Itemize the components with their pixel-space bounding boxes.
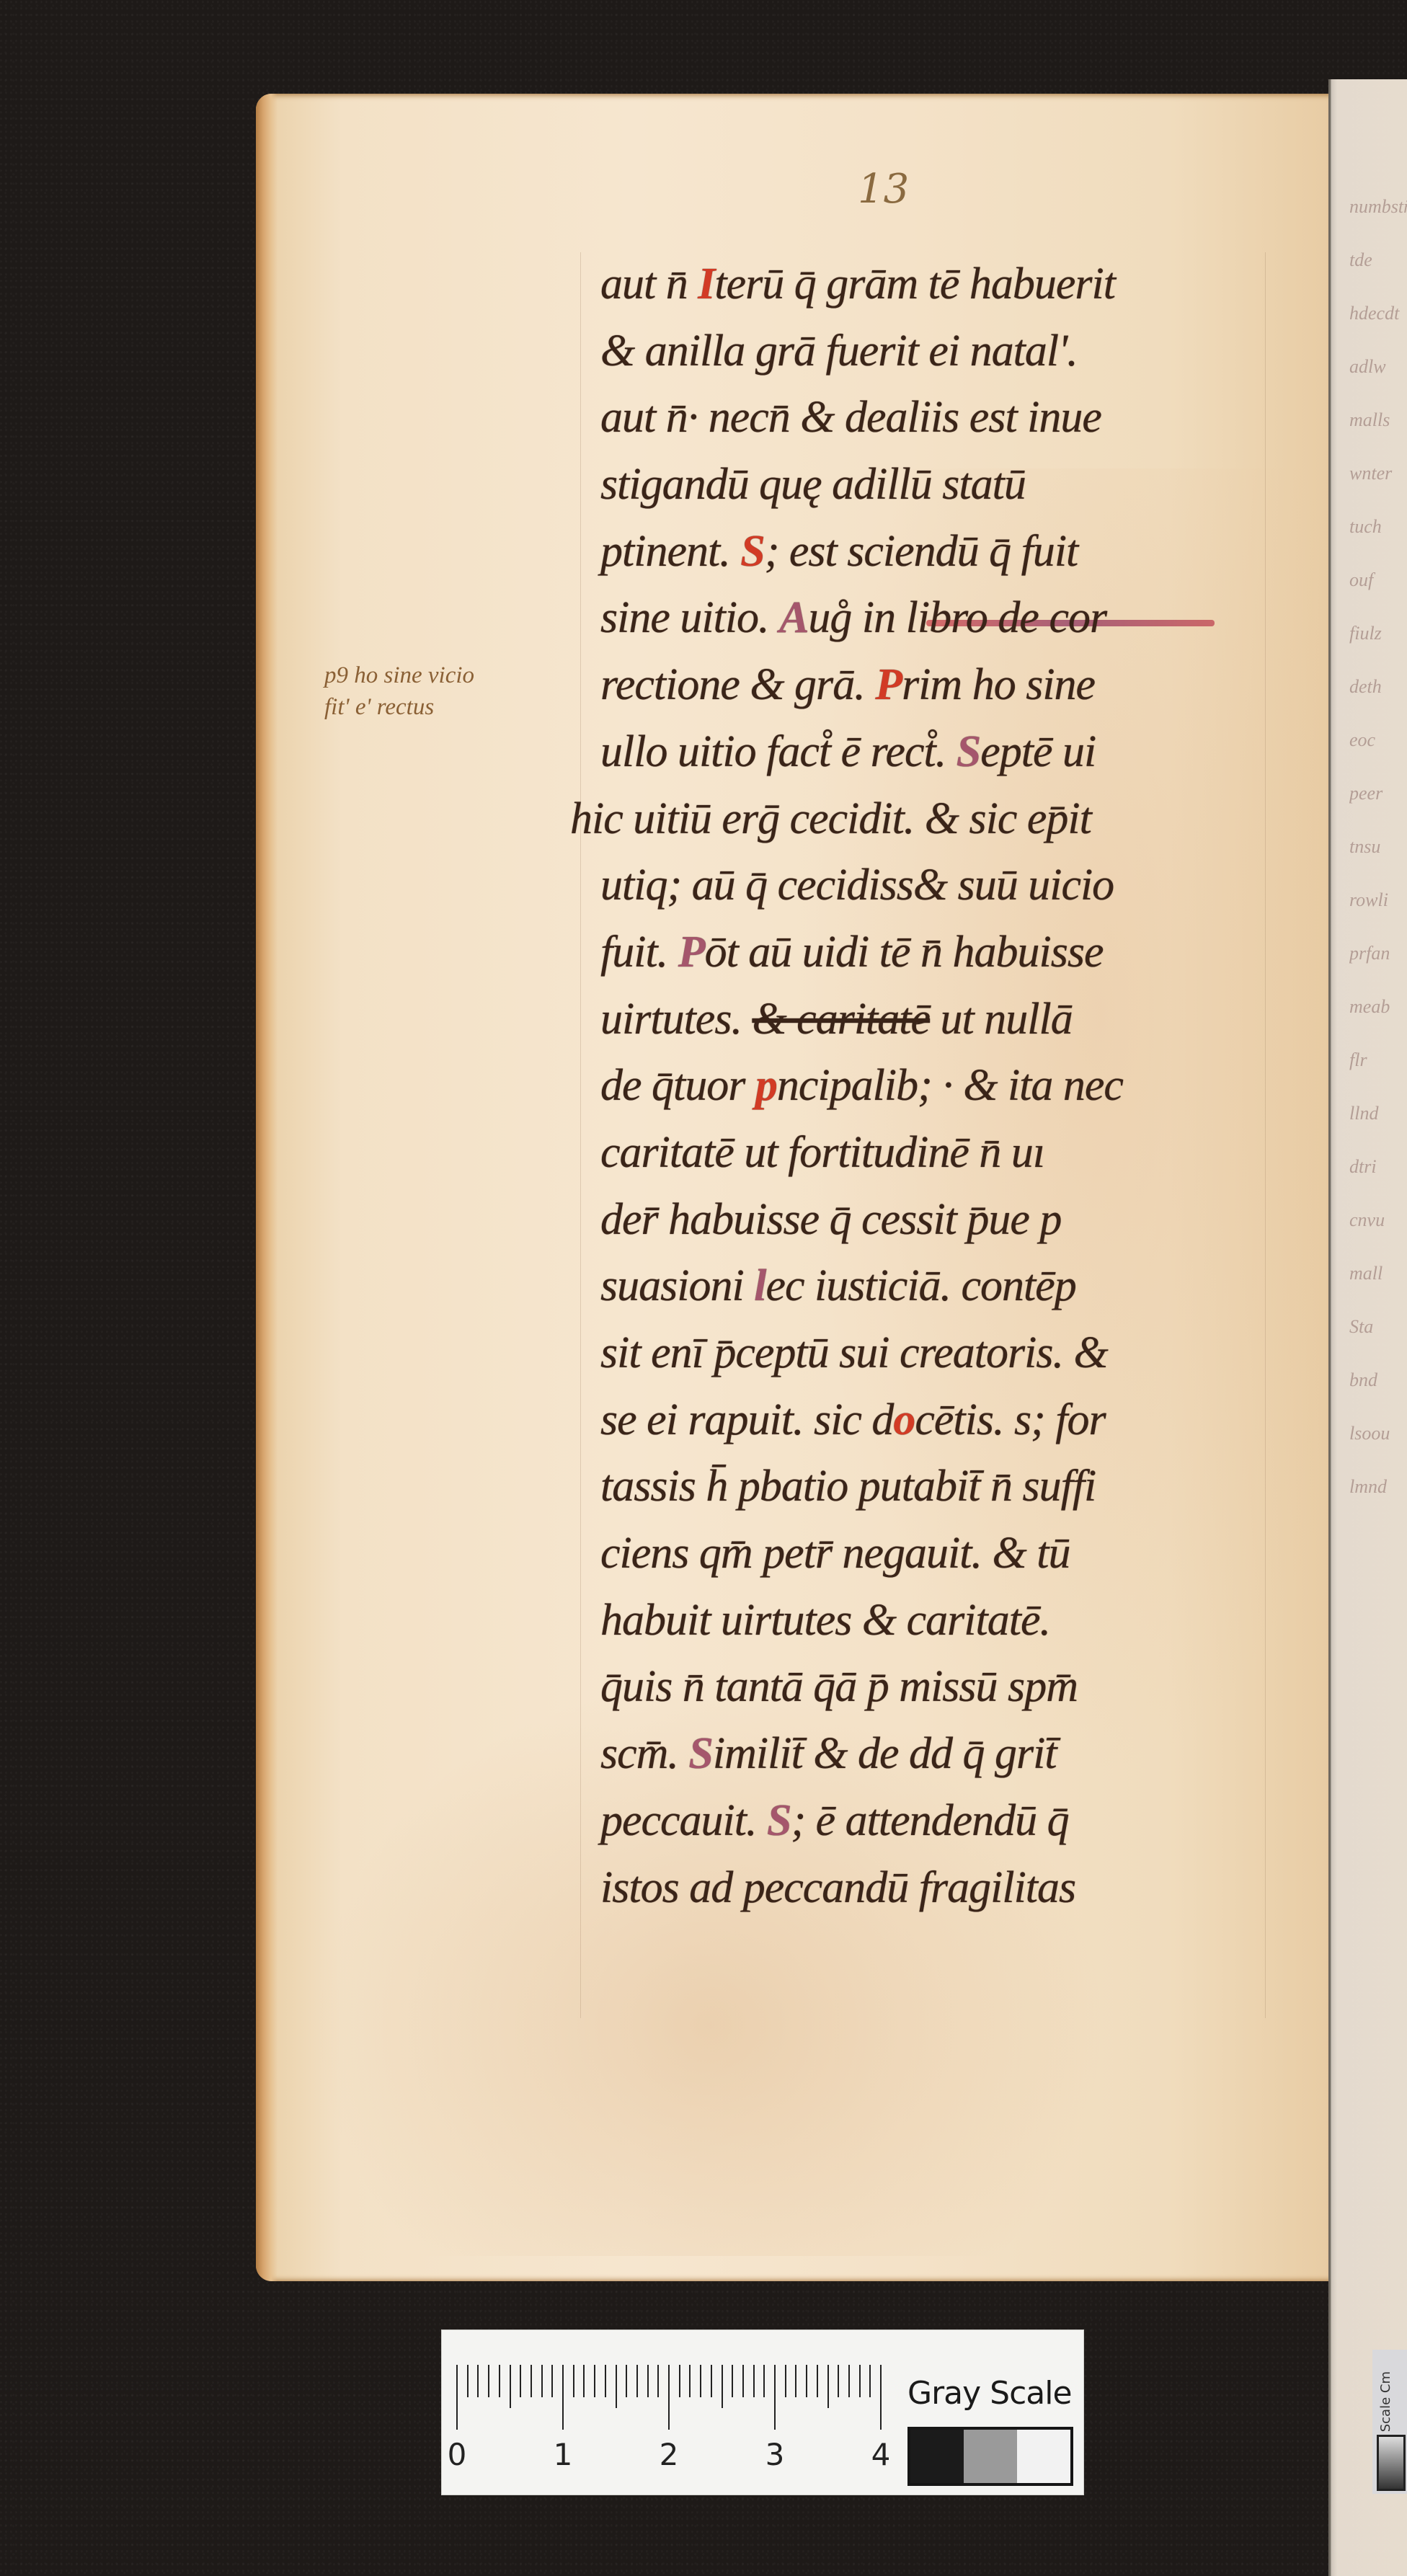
- text-line: & anilla grā fuerit ei natal'.: [600, 318, 1328, 385]
- ruler-tick: [722, 2365, 723, 2408]
- ruler-label: 0: [448, 2437, 467, 2472]
- adjacent-page-text: numbstñtdehdecdtadlwmallswntertuchouffiu…: [1349, 180, 1407, 1514]
- text-line: ullo uitio fact̊ ē rect̊. Septē ui: [600, 719, 1328, 786]
- scale-card: 01234 Gray Scale: [441, 2329, 1084, 2495]
- ruler-label: 3: [765, 2437, 785, 2472]
- rubricated-initial: I: [698, 259, 714, 308]
- text-line: habuit uirtutes & caritatē.: [600, 1587, 1328, 1654]
- text-line: sit enī p̄ceptū sui creatoris. &: [600, 1320, 1328, 1387]
- plexiglass-edge: [1328, 79, 1331, 2576]
- margin-note-line: p9 ho sine vicio: [324, 659, 497, 691]
- ruler-tick: [827, 2365, 829, 2408]
- text-line: sine uitio. Aug̊ in libro de cor: [600, 585, 1328, 652]
- rubricated-initial: S: [688, 1729, 712, 1778]
- ruler-tick: [795, 2365, 796, 2397]
- ruler-tick: [626, 2365, 627, 2397]
- text-line: tassis h̄ pbatio putabit̄ n̄ suffi: [600, 1453, 1328, 1520]
- ruler-tick: [573, 2365, 574, 2397]
- side-scale-card: Scale Cm: [1372, 2350, 1407, 2494]
- rubricated-initial: p: [755, 1061, 777, 1110]
- gray-scale-swatches: [907, 2427, 1073, 2486]
- text-line: stigandū quę adillū statū: [600, 451, 1328, 518]
- text-segment: & caritatē: [752, 995, 930, 1044]
- gray-swatch: [910, 2430, 964, 2483]
- folio-number: 13: [858, 166, 909, 213]
- ruler-tick: [732, 2365, 733, 2397]
- text-segment: scm̄.: [600, 1729, 688, 1778]
- ruler-tick: [763, 2365, 765, 2397]
- text-line: aut n̄· necn̄ & dealiis est inue: [600, 384, 1328, 451]
- text-segment: q̄uis n̄ tantā q̄ā p̄ missū spm̄: [600, 1662, 1078, 1711]
- text-segment: ptinent.: [600, 527, 740, 576]
- gray-swatch: [964, 2430, 1017, 2483]
- gray-swatch: [1017, 2430, 1070, 2483]
- ruler-tick: [562, 2365, 564, 2430]
- text-segment: ; est sciendū q̄ fuit: [765, 527, 1078, 576]
- text-segment: cētis. s; for: [915, 1395, 1105, 1444]
- ruling-line-left: [580, 252, 581, 2018]
- rubricated-initial: S: [957, 727, 980, 776]
- text-line: der̄ habuisse q̄ cessit p̄ue p: [600, 1186, 1328, 1253]
- text-segment: de q̄tuor: [600, 1061, 755, 1110]
- text-line: suasioni lec iusticiā. contēp: [600, 1253, 1328, 1320]
- text-segment: eptē ui: [980, 727, 1096, 776]
- ruler-tick: [583, 2365, 585, 2397]
- ruler-tick: [679, 2365, 680, 2397]
- text-segment: peccauit.: [600, 1796, 767, 1845]
- ruler-tick: [520, 2365, 521, 2397]
- ruler-tick: [848, 2365, 850, 2397]
- text-line: fuit. Pōt aū uidi tē n̄ habuisse: [600, 919, 1328, 986]
- text-line: utiq; aū q̄ cecidiss& suū uicio: [600, 852, 1328, 919]
- rubricated-initial: A: [779, 593, 808, 642]
- ruler-tick: [551, 2365, 553, 2397]
- ruler-label: 1: [554, 2437, 573, 2472]
- text-segment: suasioni: [600, 1261, 754, 1310]
- text-line: ptinent. S; est sciendū q̄ fuit: [600, 518, 1328, 585]
- ruler-tick: [785, 2365, 786, 2397]
- ruler-label: 2: [660, 2437, 679, 2472]
- text-line: aut n̄ Iterū q̄ grām tē habuerit: [600, 251, 1328, 318]
- ruler-tick: [838, 2365, 839, 2397]
- text-segment: imilit̄ & de dd q̄ grit̄: [713, 1729, 1057, 1778]
- text-line: q̄uis n̄ tantā q̄ā p̄ missū spm̄: [600, 1653, 1328, 1720]
- text-segment: terū q̄ grām tē habuerit: [714, 259, 1115, 308]
- text-segment: ciens qm̄ petr̄ negauit. & tū: [600, 1529, 1070, 1578]
- rubricated-initial: P: [875, 660, 902, 709]
- text-segment: ec iusticiā. contēp: [765, 1261, 1075, 1310]
- ruler-tick: [869, 2365, 871, 2397]
- ruler-tick: [636, 2365, 638, 2397]
- text-segment: utiq; aū q̄ cecidiss& suū uicio: [600, 861, 1114, 910]
- text-segment: ncipalib; · & ita nec: [777, 1061, 1123, 1110]
- text-line: rectione & grā. Prim ho sine: [600, 652, 1328, 719]
- text-column: aut n̄ Iterū q̄ grām tē habuerit& anilla…: [600, 251, 1328, 1921]
- ruler-tick: [488, 2365, 489, 2397]
- ruler-tick: [616, 2365, 617, 2408]
- ruler-tick: [806, 2365, 807, 2397]
- text-line: ciens qm̄ petr̄ negauit. & tū: [600, 1520, 1328, 1587]
- ruler-tick: [541, 2365, 543, 2397]
- rubricated-initial: P: [678, 928, 705, 977]
- ruler-tick: [594, 2365, 595, 2397]
- text-line: hic uitiū erḡ cecidit. & sic ep̄it: [570, 786, 1328, 853]
- ruler-tick: [711, 2365, 712, 2397]
- ruler-tick: [657, 2365, 659, 2397]
- text-line: uirtutes. & caritatē ut nullā: [600, 986, 1328, 1053]
- margin-annotation: p9 ho sine vicio fit' e' rectus: [324, 659, 497, 723]
- text-segment: ōt aū uidi tē n̄ habuisse: [705, 928, 1104, 977]
- text-segment: rim ho sine: [902, 660, 1095, 709]
- rubricated-initial: S: [767, 1796, 791, 1845]
- rubricated-initial: S: [740, 527, 764, 576]
- text-line: se ei rapuit. sic docētis. s; for: [600, 1387, 1328, 1454]
- rubricated-initial: o: [893, 1395, 915, 1444]
- ruler-tick: [499, 2365, 500, 2397]
- side-scale-label: Scale Cm: [1378, 2371, 1393, 2432]
- text-segment: der̄ habuisse q̄ cessit p̄ue p: [600, 1195, 1061, 1244]
- ruler-tick: [700, 2365, 701, 2397]
- text-segment: stigandū quę adillū statū: [600, 460, 1026, 509]
- margin-note-line: fit' e' rectus: [324, 691, 497, 723]
- text-segment: & anilla grā fuerit ei natal'.: [600, 327, 1078, 376]
- text-segment: rectione & grā.: [600, 660, 875, 709]
- ruler-tick: [742, 2365, 744, 2397]
- text-segment: hic uitiū erḡ cecidit. & sic ep̄it: [570, 794, 1091, 843]
- ruler-tick: [605, 2365, 606, 2397]
- ruler-label: 4: [871, 2437, 891, 2472]
- text-segment: sine uitio.: [600, 593, 779, 642]
- ruler-tick: [774, 2365, 776, 2430]
- text-segment: habuit uirtutes & caritatē.: [600, 1596, 1050, 1645]
- text-segment: sit enī p̄ceptū sui creatoris. &: [600, 1328, 1108, 1377]
- rubricated-initial: l: [754, 1261, 765, 1310]
- ruler-tick: [689, 2365, 691, 2397]
- text-segment: tassis h̄ pbatio putabit̄ n̄ suffi: [600, 1462, 1096, 1511]
- ruler-tick: [467, 2365, 469, 2397]
- ruler-tick: [817, 2365, 818, 2397]
- text-line: istos ad peccandū fragilitas: [600, 1855, 1328, 1922]
- text-segment: ullo uitio fact̊ ē rect̊.: [600, 727, 957, 776]
- ruler-tick: [859, 2365, 861, 2397]
- text-segment: aut n̄· necn̄ & dealiis est inue: [600, 393, 1101, 442]
- ruler-tick: [456, 2365, 458, 2430]
- side-gray-swatch: [1377, 2435, 1406, 2491]
- ruler-tick: [647, 2365, 649, 2397]
- text-segment: ut nullā: [930, 995, 1073, 1044]
- ruler-tick: [477, 2365, 479, 2397]
- centimeter-ruler: 01234: [449, 2365, 882, 2437]
- text-segment: aut n̄: [600, 259, 698, 308]
- ruler-tick: [531, 2365, 532, 2397]
- text-line: de q̄tuor pncipalib; · & ita nec: [600, 1052, 1328, 1119]
- manuscript-leaf: 13 p9 ho sine vicio fit' e' rectus aut n…: [256, 94, 1330, 2281]
- ruler-tick: [753, 2365, 755, 2397]
- text-segment: fuit.: [600, 928, 678, 977]
- text-segment: caritatē ut fortitudinē n̄ uı: [600, 1128, 1044, 1177]
- ruler-tick: [668, 2365, 670, 2430]
- text-line: peccauit. S; ē attendendū q̄: [600, 1787, 1328, 1855]
- text-segment: uirtutes.: [600, 995, 752, 1044]
- text-segment: ; ē attendendū q̄: [791, 1796, 1069, 1845]
- ruler-tick: [880, 2365, 882, 2430]
- gray-scale-label: Gray Scale: [907, 2375, 1072, 2412]
- ruler-tick: [510, 2365, 511, 2408]
- text-segment: istos ad peccandū fragilitas: [600, 1863, 1075, 1912]
- text-line: scm̄. Similit̄ & de dd q̄ grit̄: [600, 1720, 1328, 1787]
- text-segment: se ei rapuit. sic d: [600, 1395, 893, 1444]
- text-line: caritatē ut fortitudinē n̄ uı: [600, 1119, 1328, 1186]
- text-segment: ug̊ in libro de cor: [808, 593, 1106, 642]
